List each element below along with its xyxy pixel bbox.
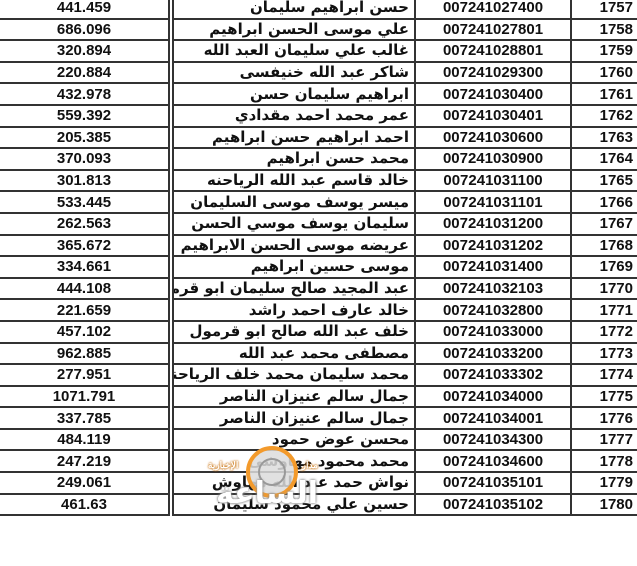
name-cell: غالب علي سليمان العبد الله — [173, 40, 415, 62]
name-cell: حسن ابراهيم سليمان — [173, 0, 415, 19]
table-row: 686.096علي موسى الحسن ابراهيم00724102780… — [0, 19, 637, 41]
serial-cell: 1777 — [571, 429, 637, 451]
name-cell: جمال سالم عنيزان الناصر — [173, 407, 415, 429]
name-cell: نواش حمد عبد الله مهاوش — [173, 472, 415, 494]
name-cell: محسن عوض حمود — [173, 429, 415, 451]
table-row: 457.102خلف عبد الله صالح ابو قرمول007241… — [0, 321, 637, 343]
serial-cell: 1779 — [571, 472, 637, 494]
id-number-cell: 007241030600 — [415, 127, 571, 149]
name-cell: ميسر يوسف موسى السليمان — [173, 191, 415, 213]
serial-cell: 1772 — [571, 321, 637, 343]
id-number-cell: 007241029300 — [415, 62, 571, 84]
amount-cell: 365.672 — [0, 235, 169, 257]
amount-cell: 334.661 — [0, 256, 169, 278]
amount-cell: 457.102 — [0, 321, 169, 343]
id-number-cell: 007241027400 — [415, 0, 571, 19]
id-number-cell: 007241030401 — [415, 105, 571, 127]
table-row: 262.563سليمان يوسف موسي الحسن00724103120… — [0, 213, 637, 235]
table-row: 441.459حسن ابراهيم سليمان007241027400175… — [0, 0, 637, 19]
table-row: 370.093محمد حسن ابراهيم0072410309001764 — [0, 148, 637, 170]
amount-cell: 301.813 — [0, 170, 169, 192]
name-cell: حسين علي محمود سليمان — [173, 494, 415, 516]
amount-cell: 320.894 — [0, 40, 169, 62]
table-row: 277.951محمد سليمان محمد خلف الرياحنه0072… — [0, 364, 637, 386]
id-number-cell: 007241032800 — [415, 299, 571, 321]
serial-cell: 1776 — [571, 407, 637, 429]
name-cell: محمد حسن ابراهيم — [173, 148, 415, 170]
serial-cell: 1774 — [571, 364, 637, 386]
name-cell: جمال سالم عنيزان الناصر — [173, 386, 415, 408]
serial-cell: 1761 — [571, 83, 637, 105]
id-number-cell: 007241027801 — [415, 19, 571, 41]
id-number-cell: 007241033000 — [415, 321, 571, 343]
id-number-cell: 007241030400 — [415, 83, 571, 105]
serial-cell: 1765 — [571, 170, 637, 192]
name-cell: خلف عبد الله صالح ابو قرمول — [173, 321, 415, 343]
serial-cell: 1775 — [571, 386, 637, 408]
table-row: 320.894غالب علي سليمان العبد الله0072410… — [0, 40, 637, 62]
serial-cell: 1764 — [571, 148, 637, 170]
amount-cell: 1071.791 — [0, 386, 169, 408]
id-number-cell: 007241034600 — [415, 450, 571, 472]
document-page: 441.459حسن ابراهيم سليمان007241027400175… — [0, 0, 637, 566]
serial-cell: 1763 — [571, 127, 637, 149]
amount-cell: 249.061 — [0, 472, 169, 494]
amount-cell: 262.563 — [0, 213, 169, 235]
serial-cell: 1759 — [571, 40, 637, 62]
name-cell: محمد محمود مهاوشى — [173, 450, 415, 472]
serial-cell: 1771 — [571, 299, 637, 321]
amount-cell: 221.659 — [0, 299, 169, 321]
table-row: 484.119محسن عوض حمود0072410343001777 — [0, 429, 637, 451]
amount-cell: 220.884 — [0, 62, 169, 84]
name-cell: عبد المجيد صالح سليمان ابو قرمول — [173, 278, 415, 300]
amount-cell: 277.951 — [0, 364, 169, 386]
serial-cell: 1766 — [571, 191, 637, 213]
name-cell: محمد سليمان محمد خلف الرياحنه — [173, 364, 415, 386]
name-cell: خالد قاسم عبد الله الرياحنه — [173, 170, 415, 192]
name-cell: علي موسى الحسن ابراهيم — [173, 19, 415, 41]
amount-cell: 444.108 — [0, 278, 169, 300]
name-cell: شاكر عبد الله خنيفسى — [173, 62, 415, 84]
serial-cell: 1762 — [571, 105, 637, 127]
serial-cell: 1758 — [571, 19, 637, 41]
id-number-cell: 007241034300 — [415, 429, 571, 451]
amount-cell: 559.392 — [0, 105, 169, 127]
table-row: 533.445ميسر يوسف موسى السليمان0072410311… — [0, 191, 637, 213]
table-row: 365.672عريضه موسى الحسن الابراهيم0072410… — [0, 235, 637, 257]
table-row: 334.661موسى حسين ابراهيم0072410314001769 — [0, 256, 637, 278]
table-row: 461.63حسين علي محمود سليمان0072410351021… — [0, 494, 637, 516]
serial-cell: 1770 — [571, 278, 637, 300]
id-number-cell: 007241035102 — [415, 494, 571, 516]
table-row: 432.978ابراهيم سليمان حسن007241030400176… — [0, 83, 637, 105]
table-row: 559.392عمر محمد احمد مقدادي0072410304011… — [0, 105, 637, 127]
table-body: 441.459حسن ابراهيم سليمان007241027400175… — [0, 0, 637, 515]
id-number-cell: 007241031100 — [415, 170, 571, 192]
id-number-cell: 007241035101 — [415, 472, 571, 494]
id-number-cell: 007241034000 — [415, 386, 571, 408]
id-number-cell: 007241033200 — [415, 343, 571, 365]
serial-cell: 1767 — [571, 213, 637, 235]
id-number-cell: 007241033302 — [415, 364, 571, 386]
serial-cell: 1778 — [571, 450, 637, 472]
id-number-cell: 007241032103 — [415, 278, 571, 300]
amount-cell: 247.219 — [0, 450, 169, 472]
serial-cell: 1768 — [571, 235, 637, 257]
id-number-cell: 007241031200 — [415, 213, 571, 235]
table-row: 301.813خالد قاسم عبد الله الرياحنه007241… — [0, 170, 637, 192]
amount-cell: 205.385 — [0, 127, 169, 149]
table-row: 337.785جمال سالم عنيزان الناصر0072410340… — [0, 407, 637, 429]
name-cell: ابراهيم سليمان حسن — [173, 83, 415, 105]
table-row: 444.108عبد المجيد صالح سليمان ابو قرمول0… — [0, 278, 637, 300]
name-cell: سليمان يوسف موسي الحسن — [173, 213, 415, 235]
table-row: 221.659خالد عارف احمد راشد00724103280017… — [0, 299, 637, 321]
serial-cell: 1773 — [571, 343, 637, 365]
table-row: 247.219محمد محمود مهاوشى0072410346001778 — [0, 450, 637, 472]
amount-cell: 441.459 — [0, 0, 169, 19]
serial-cell: 1757 — [571, 0, 637, 19]
table-row: 205.385احمد ابراهيم حسن ابراهيم007241030… — [0, 127, 637, 149]
serial-cell: 1769 — [571, 256, 637, 278]
amount-cell: 484.119 — [0, 429, 169, 451]
table-row: 220.884شاكر عبد الله خنيفسى0072410293001… — [0, 62, 637, 84]
amount-cell: 461.63 — [0, 494, 169, 516]
data-table: 441.459حسن ابراهيم سليمان007241027400175… — [0, 0, 637, 516]
name-cell: احمد ابراهيم حسن ابراهيم — [173, 127, 415, 149]
amount-cell: 533.445 — [0, 191, 169, 213]
name-cell: مصطفى محمد عبد الله — [173, 343, 415, 365]
table-row: 1071.791جمال سالم عنيزان الناصر007241034… — [0, 386, 637, 408]
id-number-cell: 007241031202 — [415, 235, 571, 257]
serial-cell: 1780 — [571, 494, 637, 516]
name-cell: خالد عارف احمد راشد — [173, 299, 415, 321]
id-number-cell: 007241028801 — [415, 40, 571, 62]
name-cell: عمر محمد احمد مقدادي — [173, 105, 415, 127]
id-number-cell: 007241034001 — [415, 407, 571, 429]
table-row: 962.885مصطفى محمد عبد الله00724103320017… — [0, 343, 637, 365]
id-number-cell: 007241031101 — [415, 191, 571, 213]
id-number-cell: 007241030900 — [415, 148, 571, 170]
serial-cell: 1760 — [571, 62, 637, 84]
amount-cell: 337.785 — [0, 407, 169, 429]
name-cell: موسى حسين ابراهيم — [173, 256, 415, 278]
amount-cell: 370.093 — [0, 148, 169, 170]
amount-cell: 432.978 — [0, 83, 169, 105]
name-cell: عريضه موسى الحسن الابراهيم — [173, 235, 415, 257]
amount-cell: 686.096 — [0, 19, 169, 41]
id-number-cell: 007241031400 — [415, 256, 571, 278]
table-row: 249.061نواش حمد عبد الله مهاوش0072410351… — [0, 472, 637, 494]
amount-cell: 962.885 — [0, 343, 169, 365]
